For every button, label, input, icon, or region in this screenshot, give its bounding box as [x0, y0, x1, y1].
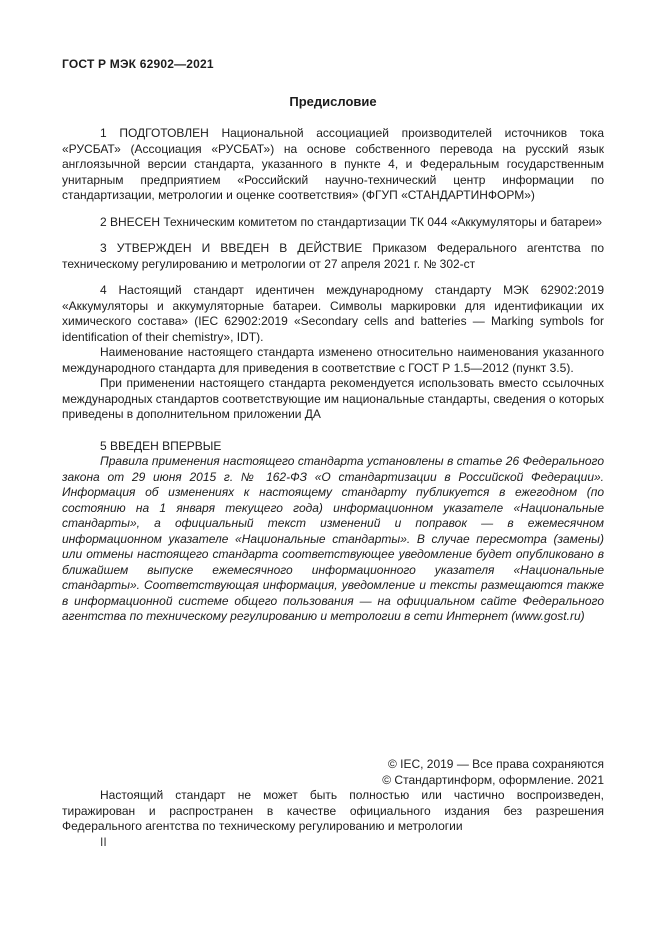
foreword-item-4-note-1: Наименование настоящего стандарта измене… [62, 345, 604, 376]
foreword-item-4-note-2: При применении настоящего стандарта реко… [62, 376, 604, 423]
foreword-item-4: 4 Настоящий стандарт идентичен междунаро… [62, 283, 604, 345]
foreword-item-1: 1 ПОДГОТОВЛЕН Национальной ассоциацией п… [62, 126, 604, 204]
foreword-item-5: 5 ВВЕДЕН ВПЕРВЫЕ [62, 439, 604, 455]
standard-code: ГОСТ Р МЭК 62902—2021 [62, 57, 604, 73]
foreword-item-2: 2 ВНЕСЕН Техническим комитетом по станда… [62, 215, 604, 231]
document-page: ГОСТ Р МЭК 62902—2021 Предисловие 1 ПОДГ… [0, 0, 661, 935]
page-number: II [62, 835, 604, 851]
page-footer-block: © IEC, 2019 — Все права сохраняются © Ст… [62, 757, 604, 850]
page-title: Предисловие [62, 94, 604, 110]
copyright-publisher-line: © Стандартинформ, оформление. 2021 [62, 773, 604, 789]
copyright-iec-line: © IEC, 2019 — Все права сохраняются [62, 757, 604, 773]
legal-application-note: Правила применения настоящего стандарта … [62, 454, 604, 625]
reproduction-notice: Настоящий стандарт не может быть полност… [62, 788, 604, 835]
foreword-item-3: 3 УТВЕРЖДЕН И ВВЕДЕН В ДЕЙСТВИЕ Приказом… [62, 241, 604, 272]
